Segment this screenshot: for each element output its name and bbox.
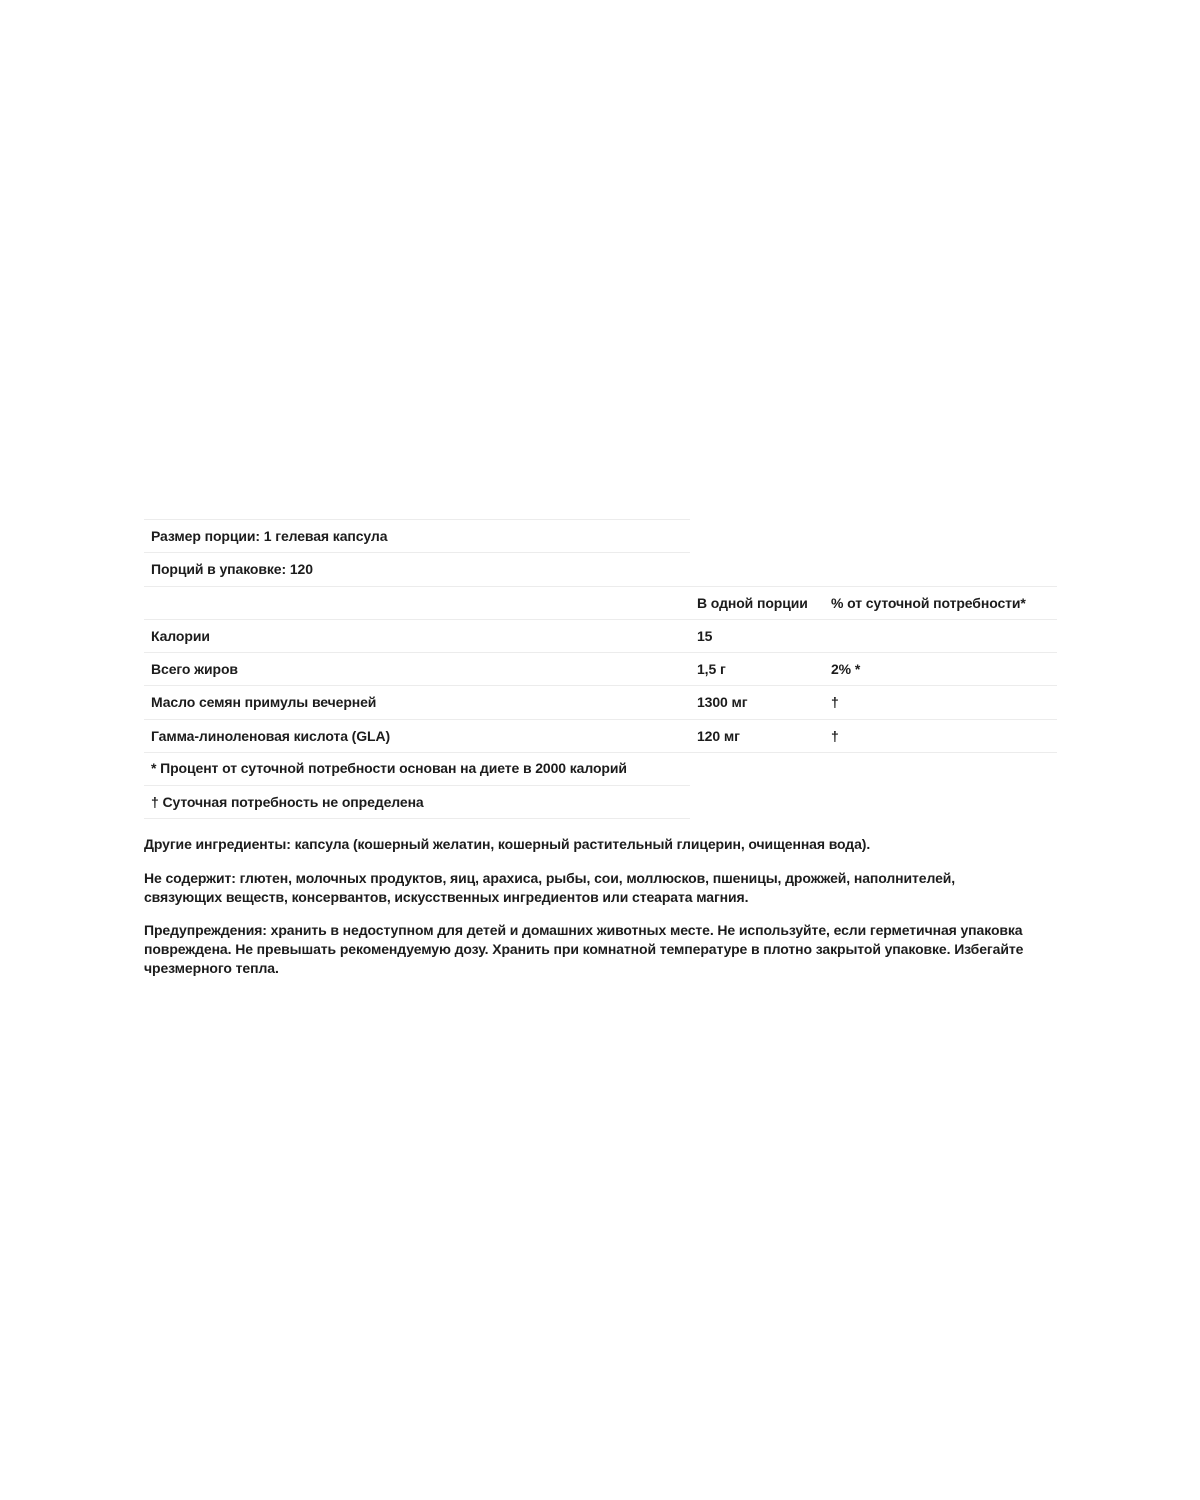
warnings: Предупреждения: хранить в недоступном дл… xyxy=(144,921,1024,978)
other-ingredients: Другие ингредиенты: капсула (кошерный же… xyxy=(144,835,1024,854)
nutrient-daily-value: 2% * xyxy=(831,653,860,685)
nutrient-name: Гамма-линоленовая кислота (GLA) xyxy=(151,720,390,752)
table-header-row: В одной порции % от суточной потребности… xyxy=(144,586,1057,619)
nutrient-amount: 120 мг xyxy=(697,720,740,752)
serving-size: Размер порции: 1 гелевая капсула xyxy=(151,520,387,552)
nutrient-amount: 1,5 г xyxy=(697,653,726,685)
serving-size-row: Размер порции: 1 гелевая капсула xyxy=(144,519,690,552)
table-row: Масло семян примулы вечерней 1300 мг † xyxy=(144,685,1057,718)
nutrient-amount: 1300 мг xyxy=(697,686,748,718)
table-row: Гамма-линоленовая кислота (GLA) 120 мг † xyxy=(144,719,1057,752)
free-of-statement: Не содержит: глютен, молочных продуктов,… xyxy=(144,869,1024,907)
footnote-row: * Процент от суточной потребности основа… xyxy=(144,752,690,785)
footnote-daily-value: * Процент от суточной потребности основа… xyxy=(151,752,627,784)
header-daily-value: % от суточной потребности* xyxy=(831,587,1026,619)
nutrient-name: Масло семян примулы вечерней xyxy=(151,686,376,718)
footnote-not-established: † Суточная потребность не определена xyxy=(151,786,424,818)
nutrient-daily-value: † xyxy=(831,720,839,752)
footnote-row: † Суточная потребность не определена xyxy=(144,785,690,818)
header-amount-per-serving: В одной порции xyxy=(697,587,808,619)
nutrient-name: Всего жиров xyxy=(151,653,238,685)
table-row: Всего жиров 1,5 г 2% * xyxy=(144,652,1057,685)
table-row: Калории 15 xyxy=(144,619,1057,652)
nutrient-daily-value: † xyxy=(831,686,839,718)
nutrient-name: Калории xyxy=(151,620,210,652)
servings-per-container-row: Порций в упаковке: 120 xyxy=(144,552,690,585)
supplement-facts-table: Размер порции: 1 гелевая капсула Порций … xyxy=(144,519,1057,819)
nutrient-amount: 15 xyxy=(697,620,712,652)
servings-per-container: Порций в упаковке: 120 xyxy=(151,553,313,585)
